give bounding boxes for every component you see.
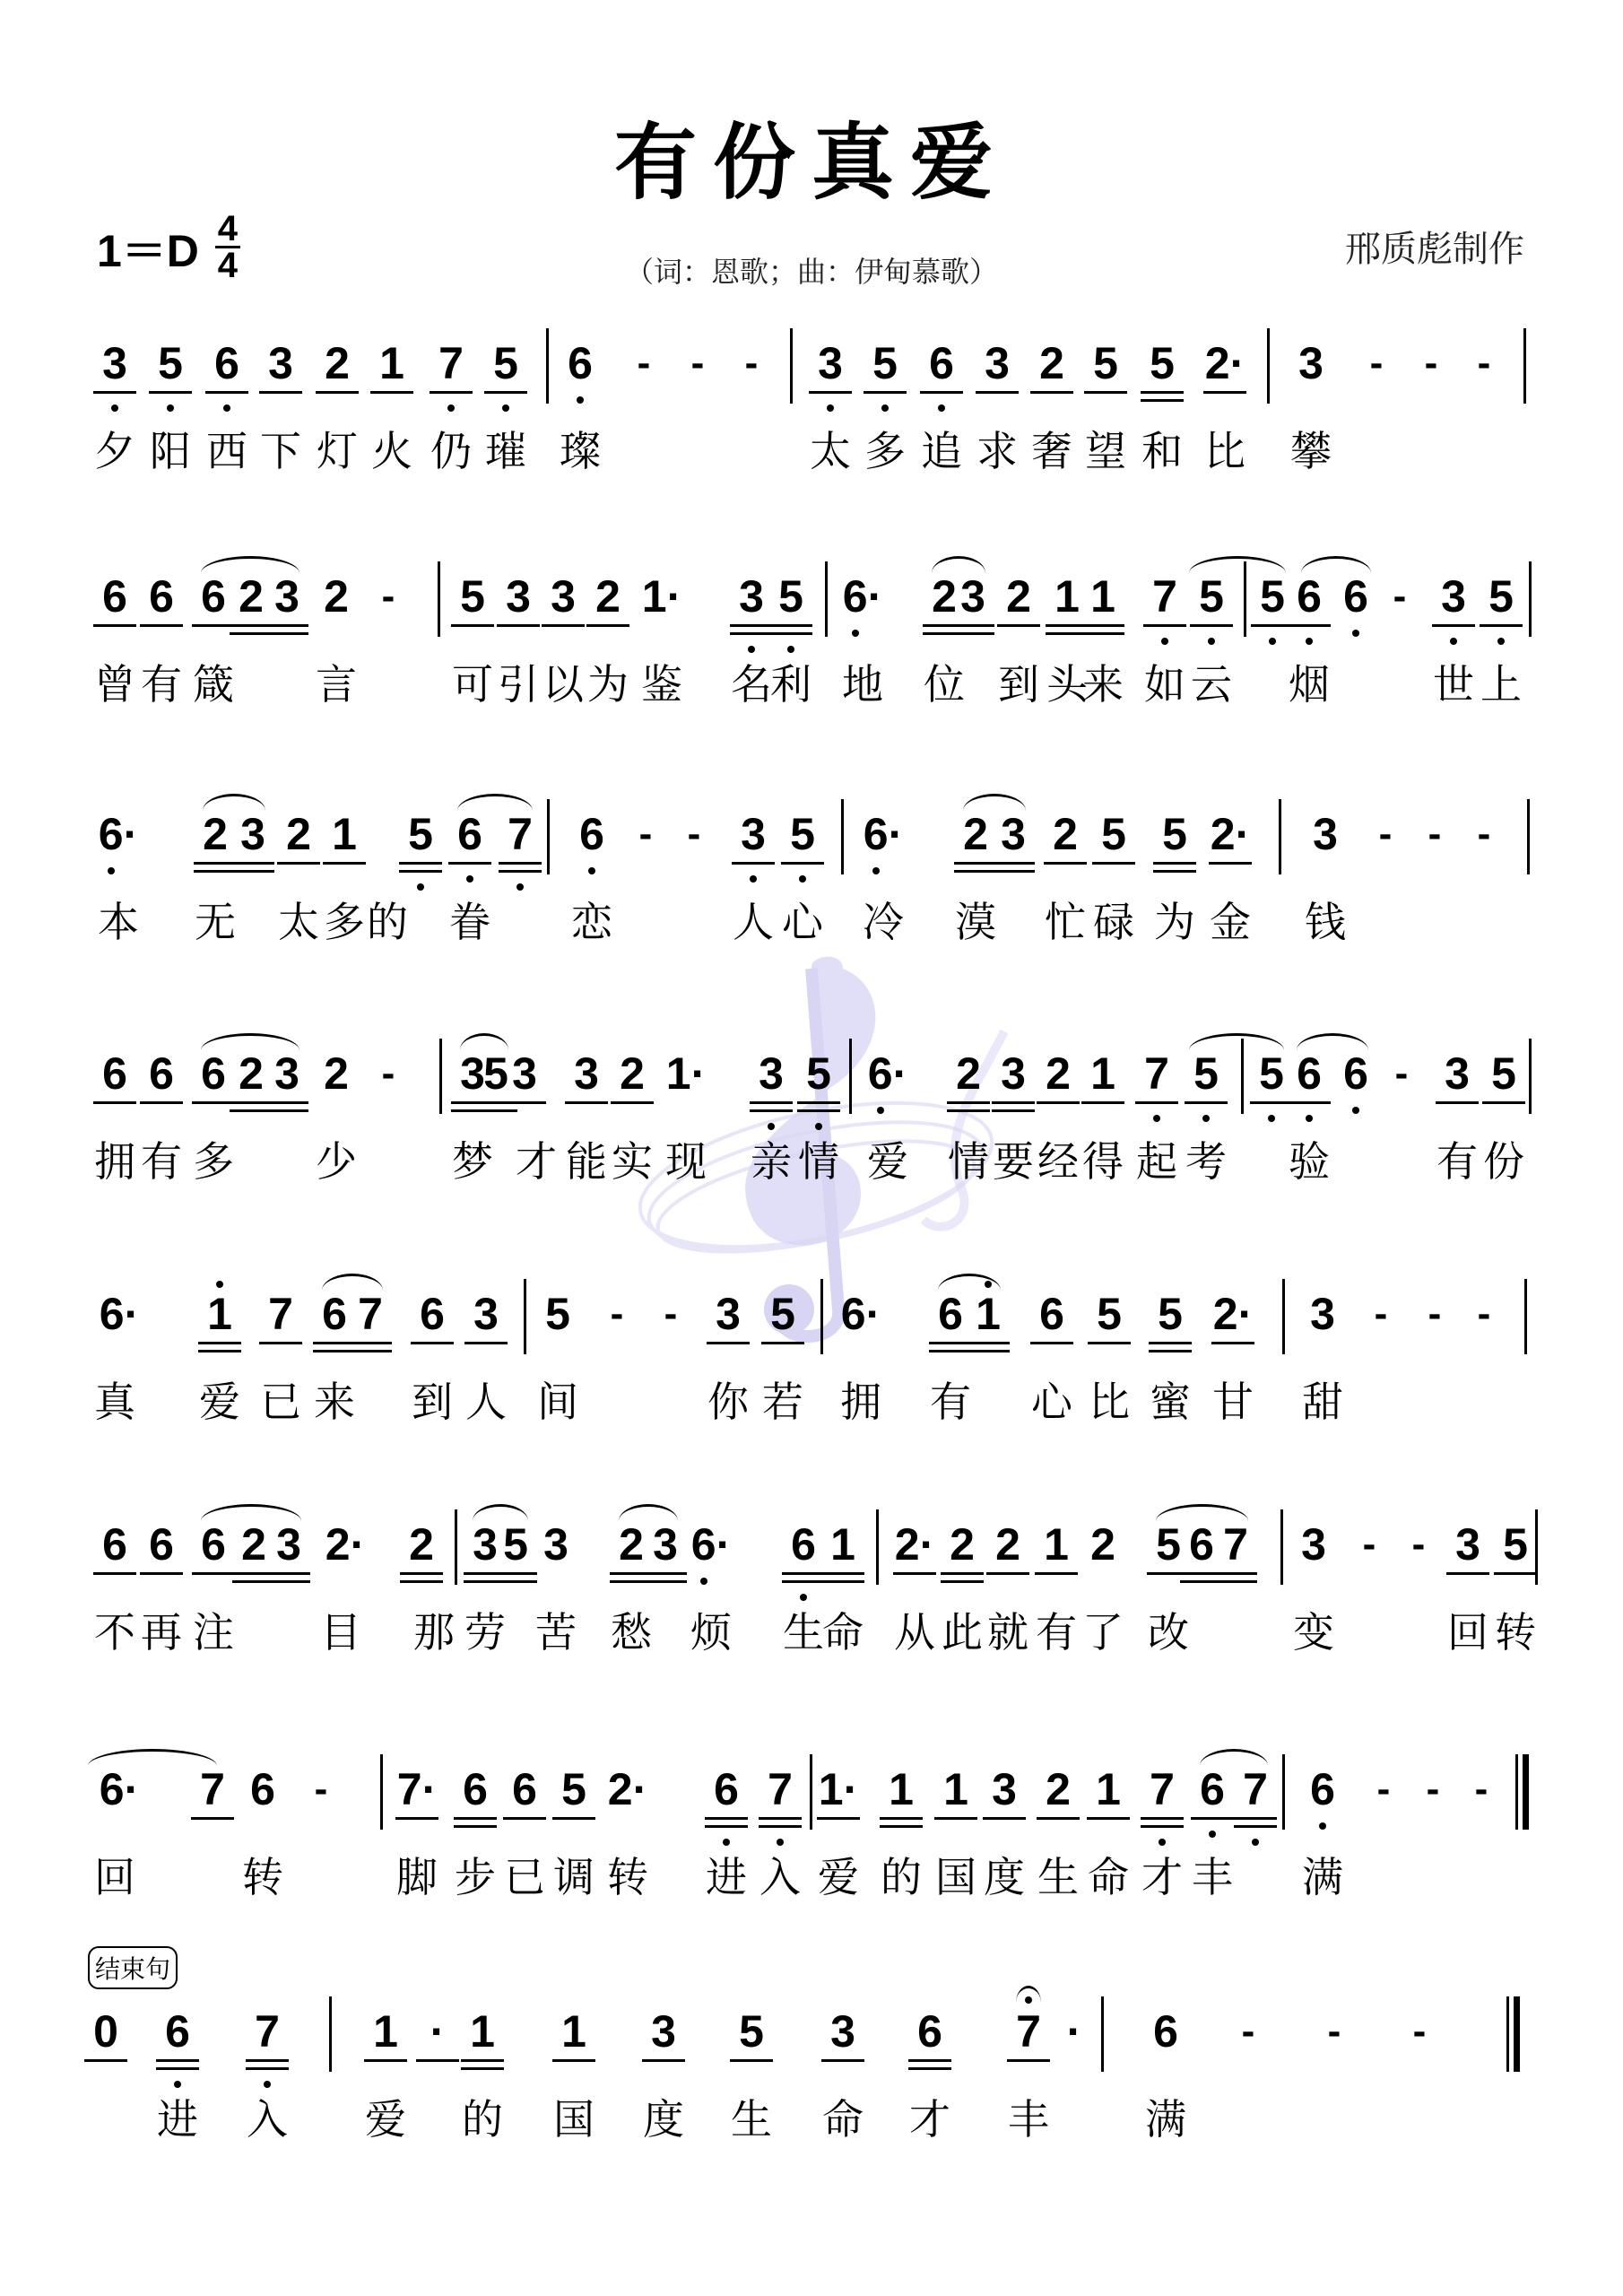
note: 6: [1310, 1767, 1335, 1812]
lyric-char: 有: [141, 662, 182, 707]
octave-dot-below: [417, 883, 424, 891]
beat-underline: [934, 1817, 977, 1820]
beat-underline: [644, 1572, 687, 1575]
beat-underline: [817, 1817, 860, 1820]
note: 1·: [666, 1051, 706, 1096]
note: 5: [460, 574, 485, 619]
octave-dot-below: [167, 404, 174, 412]
note: 6: [1200, 1767, 1225, 1812]
beat-underline: [1288, 624, 1331, 627]
beat-underline: [461, 2059, 504, 2062]
slur-tie: [460, 1033, 508, 1050]
score-system: 0671·1135367·6---进入爱的国度生命才丰满: [0, 2009, 1623, 2188]
beat-underline: [474, 1109, 517, 1112]
beat-underline: [140, 1572, 183, 1575]
barline: [825, 561, 828, 637]
note: 1: [1090, 574, 1115, 619]
beat-underline: [198, 1342, 241, 1344]
octave-dot-below: [1252, 1839, 1259, 1846]
beat-underline: [1149, 1342, 1192, 1344]
beat-underline: [781, 862, 824, 865]
final-barline: [1515, 1754, 1529, 1830]
lyric-char: 为: [587, 662, 629, 707]
lyric-char: 鉴: [641, 662, 682, 707]
lyric-char: 已: [260, 1379, 301, 1424]
note: 2·: [608, 1767, 647, 1812]
beat-underline: [454, 1825, 497, 1828]
beat-underline: [992, 1101, 1035, 1104]
lyric-char: 爱: [818, 1855, 859, 1900]
note: 2: [1006, 574, 1031, 619]
beat-underline: [191, 1817, 234, 1820]
octave-dot-below: [877, 1107, 884, 1114]
beat-underline: [1037, 1101, 1080, 1104]
lyric-char: 到: [412, 1379, 453, 1424]
slur-tie: [1301, 556, 1371, 573]
note: 3: [818, 341, 843, 386]
beat-underline: [1030, 391, 1073, 394]
lyric-char: 烟: [1289, 662, 1330, 707]
note: 3: [460, 1051, 485, 1096]
lyric-char: 此: [942, 1610, 983, 1655]
octave-dot-below: [827, 404, 834, 412]
slur-tie: [1156, 1504, 1248, 1521]
score-system: 666232·2353236·612·22125673--35不再注目那劳苦愁烦…: [0, 1522, 1623, 1701]
sustain-dash: -: [1242, 2009, 1255, 2054]
note: 7: [200, 1767, 225, 1812]
note: 7: [1016, 2009, 1041, 2054]
beat-underline: [93, 1572, 136, 1575]
note: 2·: [895, 1522, 934, 1567]
lyric-char: 真: [94, 1379, 135, 1424]
note: 1: [332, 812, 357, 857]
lyric-char: 变: [1293, 1610, 1334, 1655]
beat-underline: [1037, 1817, 1080, 1820]
beat-underline: [954, 862, 997, 865]
barline: [439, 1039, 442, 1114]
beat-underline: [1446, 1572, 1489, 1575]
note: 6·: [868, 1051, 907, 1096]
beat-underline: [499, 870, 542, 873]
slur-tie: [1189, 1033, 1284, 1050]
beat-underline: [880, 1817, 923, 1820]
beat-underline: [542, 624, 585, 627]
barline: [876, 1509, 879, 1585]
beat-underline: [797, 1109, 840, 1112]
barline: [841, 799, 844, 874]
beat-underline: [929, 1350, 972, 1352]
lyric-char: 不: [94, 1610, 135, 1655]
sustain-dash: -: [382, 574, 395, 619]
octave-dot-below: [223, 404, 230, 412]
beat-underline: [759, 1825, 802, 1828]
note: 3: [1001, 812, 1026, 857]
beat-underline: [705, 1825, 748, 1828]
note: 3: [543, 1522, 568, 1567]
lyric-char: 那: [413, 1610, 455, 1655]
note: 6: [1297, 574, 1322, 619]
beat-underline: [192, 1572, 235, 1575]
note: 7: [1243, 1767, 1268, 1812]
beat-underline: [93, 1101, 136, 1104]
lyric-char: 上: [1480, 662, 1522, 707]
barline: [820, 1279, 823, 1354]
beat-underline: [497, 624, 540, 627]
barline: [1535, 1509, 1538, 1585]
octave-dot-below: [815, 1123, 822, 1130]
beat-underline: [797, 1101, 840, 1104]
octave-dot-below: [1202, 1115, 1210, 1122]
lyric-char: 进: [157, 2097, 198, 2142]
lyric-char: 有: [1436, 1139, 1478, 1184]
barline: [524, 1279, 526, 1354]
lyric-char: 求: [976, 429, 1018, 474]
lyric-char: 国: [553, 2097, 595, 2142]
octave-dot-below: [1319, 1822, 1326, 1830]
lyric-char: 爱: [867, 1139, 908, 1184]
lyric-char: 奢: [1031, 429, 1072, 474]
lyric-char: 多: [193, 1139, 234, 1184]
octave-dot-below: [174, 2081, 181, 2088]
note: 6: [791, 1522, 816, 1567]
slur-tie: [201, 556, 299, 573]
note: 6: [102, 574, 127, 619]
note: 1·: [819, 1767, 858, 1812]
lyric-char: 满: [1302, 1855, 1343, 1900]
note: 3: [1313, 812, 1338, 857]
note: 3: [739, 574, 764, 619]
beat-underline: [642, 2059, 685, 2062]
beat-underline: [499, 862, 542, 865]
octave-dot-below: [748, 646, 755, 653]
note: 3: [1301, 1522, 1326, 1567]
beat-underline: [1092, 862, 1135, 865]
note: 5: [561, 1767, 586, 1812]
beat-underline: [259, 391, 302, 394]
note: 5: [1150, 341, 1175, 386]
octave-dot-below: [872, 867, 880, 874]
lyric-char: 的: [881, 1855, 922, 1900]
note: 2: [950, 1522, 975, 1567]
lyric-char: 国: [935, 1855, 976, 1900]
lyric-char: 情: [798, 1139, 839, 1184]
beat-underline: [265, 1101, 308, 1104]
lyric-char: 攀: [1290, 429, 1332, 474]
sustain-dash: -: [638, 341, 651, 386]
note: 6: [102, 1051, 127, 1096]
lyric-char: 利: [770, 662, 811, 707]
note: 6: [165, 2009, 190, 2054]
barline: [329, 1996, 332, 2072]
note: 1: [830, 1522, 855, 1567]
beat-underline: [1081, 1101, 1124, 1104]
lyric-char: 无: [195, 900, 236, 944]
note: 3: [716, 1291, 741, 1336]
beat-underline: [951, 632, 994, 635]
beat-underline: [231, 870, 274, 873]
octave-dot-below: [723, 1839, 730, 1846]
note: 3: [551, 574, 576, 619]
note: 1: [1096, 1767, 1121, 1812]
lyric-char: 你: [707, 1379, 749, 1424]
beat-underline: [1191, 1817, 1234, 1820]
octave-dot-below: [1352, 630, 1359, 637]
barline: [1282, 1754, 1285, 1830]
lyric-char: 来: [314, 1379, 355, 1424]
sustain-dash: -: [1428, 1291, 1442, 1336]
lyric-char: 太: [810, 429, 851, 474]
note: 5: [1162, 812, 1187, 857]
note: 2: [241, 1522, 266, 1567]
lyric-char: 太: [278, 900, 319, 944]
sustain-dash: -: [639, 812, 653, 857]
lyric-char: 从: [894, 1610, 935, 1655]
arranger-credit: 邢质彪制作: [1345, 221, 1524, 272]
lyric-char: 有: [141, 1139, 182, 1184]
lyric-char: 就: [987, 1610, 1028, 1655]
beat-underline: [929, 1342, 972, 1344]
lyric-char: 多: [864, 429, 906, 474]
lyric-char: 引: [498, 662, 539, 707]
beat-underline: [231, 862, 274, 865]
note: 5: [1260, 574, 1285, 619]
note: 3: [506, 574, 531, 619]
barline: [455, 1509, 457, 1585]
note: 6: [201, 1051, 226, 1096]
beat-underline: [399, 862, 442, 865]
slur-tie: [322, 1274, 383, 1291]
note: 2: [595, 574, 621, 619]
note: 2: [963, 812, 988, 857]
lyric-char: 拥: [94, 1139, 135, 1184]
beat-underline: [84, 2059, 127, 2062]
beat-underline: [265, 632, 308, 635]
sustain-dash: -: [1363, 1522, 1376, 1567]
beat-underline: [503, 1101, 546, 1104]
beat-underline: [730, 632, 773, 635]
lyric-char: 进: [706, 1855, 747, 1900]
lyric-char: 入: [759, 1855, 801, 1900]
note: ·: [430, 2009, 446, 2054]
slur-tie: [938, 1274, 1001, 1291]
beat-underline: [1209, 862, 1252, 865]
beat-underline: [1480, 624, 1523, 627]
lyric-char: 追: [921, 429, 962, 474]
note: 6: [420, 1291, 445, 1336]
octave-dot-below: [787, 646, 794, 653]
sustain-dash: -: [1427, 1767, 1440, 1812]
beat-underline: [430, 391, 473, 394]
lyric-char: 亲: [751, 1139, 792, 1184]
note: 5: [503, 1522, 528, 1567]
note: 3: [651, 2009, 676, 2054]
lyric-char: 度: [984, 1855, 1025, 1900]
note: 3: [1445, 1051, 1470, 1096]
slur-tie: [203, 794, 265, 811]
beat-underline: [864, 391, 907, 394]
lyric-char: 爱: [199, 1379, 240, 1424]
lyric-char: 金: [1210, 900, 1251, 944]
note: 2: [1046, 1767, 1071, 1812]
score-system: 666232-53321·356·2321175566-35曾有箴言可引以为鉴名…: [0, 574, 1623, 753]
lyric-char: 多: [324, 900, 365, 944]
note: 2·: [1213, 1291, 1253, 1336]
lyric-char: 了: [1082, 1610, 1124, 1655]
note: 3: [985, 341, 1010, 386]
note: 1: [1090, 1051, 1115, 1096]
lyric-char: 已: [504, 1855, 545, 1900]
beat-underline: [1190, 624, 1233, 627]
beat-underline: [1141, 399, 1184, 402]
sustain-dash: -: [1475, 1767, 1488, 1812]
lyric-char: 人: [733, 900, 774, 944]
note: 6: [322, 1291, 347, 1336]
octave-dot-below: [516, 883, 524, 891]
lyric-char: 才: [516, 1139, 557, 1184]
beat-underline: [198, 1350, 241, 1352]
beat-underline: [1203, 391, 1246, 394]
lyric-char: 有: [1036, 1610, 1077, 1655]
beat-underline: [705, 1817, 748, 1820]
slur-tie: [963, 794, 1026, 811]
note: 3: [992, 1767, 1017, 1812]
beat-underline: [565, 1101, 608, 1104]
slur-tie: [1297, 1033, 1368, 1050]
sustain-dash: -: [664, 1291, 678, 1336]
barline: [1529, 1039, 1532, 1114]
song-title: 有份真爱: [0, 97, 1623, 215]
note: 1: [889, 1767, 914, 1812]
beat-underline: [947, 1109, 990, 1112]
note: 6: [714, 1767, 739, 1812]
note: 6: [917, 2009, 942, 2054]
beat-underline: [246, 2059, 289, 2062]
note: ·: [1067, 2009, 1082, 2054]
note: 6: [1153, 2009, 1178, 2054]
octave-dot-below: [502, 404, 509, 412]
note: 5: [1158, 1291, 1183, 1336]
lyric-char: 夕: [94, 429, 135, 474]
note: 7: [1144, 1051, 1169, 1096]
note: 5: [806, 1051, 831, 1096]
lyric-char: 为: [1154, 900, 1195, 944]
lyric-char: 拥: [840, 1379, 881, 1424]
note: 5: [1259, 1051, 1284, 1096]
sustain-dash: -: [1395, 1051, 1409, 1096]
lyric-char: 到: [998, 662, 1039, 707]
beat-underline: [967, 1342, 1010, 1344]
lyric-char: 得: [1082, 1139, 1124, 1184]
note: 6: [149, 1051, 174, 1096]
beat-underline: [149, 391, 192, 394]
beat-underline: [1088, 1342, 1131, 1344]
note: 5: [493, 341, 518, 386]
lyric-char: 步: [455, 1855, 496, 1900]
beat-underline: [277, 862, 320, 865]
beat-underline: [140, 624, 183, 627]
score-system: 6·23215676--356·232552·3---本无太多的眷恋人心冷漠忙碌…: [0, 812, 1623, 991]
beat-underline: [1153, 870, 1196, 873]
slur-tie: [619, 1504, 678, 1521]
note: 5: [1101, 812, 1126, 857]
beat-underline: [983, 1817, 1026, 1820]
beat-underline: [1135, 1101, 1178, 1104]
lyric-char: 忙: [1045, 900, 1086, 944]
lyric-char: 云: [1191, 662, 1232, 707]
barline: [438, 561, 440, 637]
beat-underline: [267, 1572, 310, 1575]
note: 1: [1055, 574, 1080, 619]
barline: [790, 328, 793, 404]
beat-underline: [399, 870, 442, 873]
beat-underline: [370, 391, 413, 394]
lyric-char: 灯: [317, 429, 358, 474]
octave-dot-below: [777, 1839, 784, 1846]
lyric-char: 甜: [1302, 1379, 1343, 1424]
beat-underline: [400, 1572, 443, 1575]
note: 7: [268, 1291, 293, 1336]
note: 7: [1223, 1522, 1248, 1567]
octave-dot-below: [881, 404, 889, 412]
beat-underline: [611, 1101, 654, 1104]
note: 1: [470, 2009, 495, 2054]
lyric-char: 满: [1145, 2097, 1186, 2142]
beat-underline: [730, 2059, 773, 2062]
ending-phrase-tag: 结束句: [88, 1946, 178, 1989]
lyric-char: 命: [822, 2097, 864, 2142]
note: 3: [741, 812, 766, 857]
beat-underline: [416, 2059, 459, 2062]
lyric-char: 目: [320, 1610, 361, 1655]
note: 6: [149, 1522, 174, 1567]
sustain-dash: -: [1393, 574, 1407, 619]
note: 2: [956, 1051, 981, 1096]
lyric-char: 现: [665, 1139, 707, 1184]
octave-dot-below: [1208, 638, 1215, 645]
octave-dot-below: [1209, 1831, 1216, 1838]
note: 6: [102, 1522, 127, 1567]
note: 2: [619, 1522, 644, 1567]
lyric-char: 入: [247, 2097, 288, 2142]
sustain-dash: -: [611, 1291, 624, 1336]
octave-dot-below: [108, 867, 115, 874]
sustain-dash: -: [1379, 812, 1393, 857]
note: 2: [1090, 1522, 1115, 1567]
lyric-char: 间: [537, 1379, 578, 1424]
lyric-char: 钱: [1305, 900, 1346, 944]
beat-underline: [265, 1109, 308, 1112]
barline: [1529, 561, 1532, 637]
note: 2: [1046, 1051, 1071, 1096]
note: 2·: [1211, 812, 1250, 857]
beat-underline: [986, 1572, 1029, 1575]
lyric-char: 爱: [365, 2097, 406, 2142]
sustain-dash: -: [1425, 341, 1438, 386]
sustain-dash: -: [745, 341, 759, 386]
note: 5: [872, 341, 898, 386]
beat-underline: [750, 1101, 793, 1104]
lyric-char: 转: [1495, 1610, 1536, 1655]
note: 3: [276, 1522, 301, 1567]
note: 6: [1039, 1291, 1064, 1336]
slur-tie: [1189, 556, 1286, 573]
note: 6: [579, 812, 604, 857]
slur-tie: [932, 556, 985, 573]
lyric-char: 来: [1082, 662, 1124, 707]
beat-underline: [364, 2059, 407, 2062]
note: 5: [545, 1291, 570, 1336]
beat-underline: [1035, 1572, 1078, 1575]
